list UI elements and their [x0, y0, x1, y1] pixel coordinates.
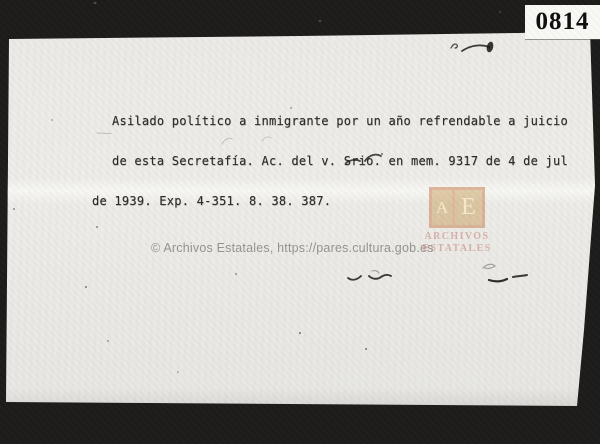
ink-smudge-lower-right [483, 264, 527, 281]
pencil-marks-faint [97, 133, 271, 144]
ink-smudge-middle [346, 153, 383, 163]
page-number: 0814 [536, 8, 590, 36]
ink-smudge-lower-center [235, 271, 391, 280]
scanned-document-view: Asilado político a inmigrante por un año… [0, 0, 600, 444]
page-number-label: 0814 [525, 5, 600, 39]
index-card: Asilado político a inmigrante por un año… [0, 0, 600, 444]
ink-smudge-top-right [451, 41, 494, 53]
paper-specks [13, 107, 367, 373]
ink-marks-overlay [0, 0, 600, 444]
